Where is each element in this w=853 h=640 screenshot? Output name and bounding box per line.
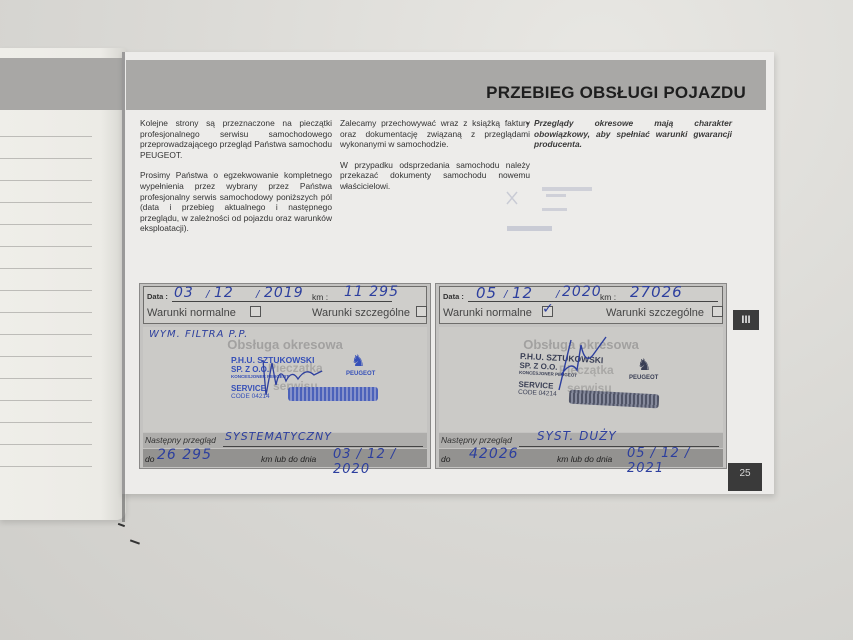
date-label: Data : xyxy=(443,292,464,301)
writing-line xyxy=(0,158,92,159)
date-label: Data : xyxy=(147,292,168,301)
km-value[interactable]: 27026 xyxy=(630,283,683,301)
writing-line xyxy=(0,312,92,313)
writing-line xyxy=(0,136,92,137)
date-day[interactable]: 05 xyxy=(476,284,497,302)
date-separator: / xyxy=(556,289,560,300)
warranty-note: Przeglądy okresowe mają charakter obowią… xyxy=(534,118,732,150)
writing-line xyxy=(0,224,92,225)
writing-line xyxy=(0,422,92,423)
km-label: km : xyxy=(600,292,616,302)
peugeot-lion-icon: ♞ xyxy=(351,351,365,371)
writing-line xyxy=(0,378,92,379)
page-title: PRZEBIEG OBSŁUGI POJAZDU xyxy=(486,83,746,103)
date-month[interactable]: 12 xyxy=(214,285,234,301)
special-conditions-checkbox[interactable] xyxy=(416,306,427,317)
service-entry-header: Data : 03 / 12 / 2019 km : 11 295 Warunk… xyxy=(143,286,427,324)
date-month[interactable]: 12 xyxy=(512,284,533,302)
next-km-row: do 26 295 km lub do dnia 03 / 12 / 2020 xyxy=(143,449,427,467)
intro-paragraph: Kolejne strony są przeznaczone na pieczą… xyxy=(140,118,332,160)
chapter-tab: III xyxy=(733,310,759,330)
signature xyxy=(258,355,328,405)
km-or-until-label: km lub do dnia xyxy=(557,454,612,464)
date-year[interactable]: 2019 xyxy=(264,285,304,301)
check-mark-icon: ✓ xyxy=(542,301,554,317)
special-conditions-checkbox[interactable] xyxy=(712,306,723,317)
next-service-type[interactable]: SYSTEMATYCZNY xyxy=(225,430,332,443)
service-entry-2: Data : 05 / 12 / 2020 km : 27026 Warunki… xyxy=(435,283,727,469)
writing-line xyxy=(0,268,92,269)
special-conditions-label: Warunki szczególne xyxy=(606,307,704,319)
next-km-row: do 42026 km lub do dnia 05 / 12 / 2021 xyxy=(439,449,723,467)
next-km-value[interactable]: 26 295 xyxy=(157,447,212,463)
stamp-brand: PEUGEOT xyxy=(346,371,375,377)
intro-column-1: Kolejne strony są przeznaczone na pieczą… xyxy=(140,118,332,244)
intro-paragraph: Prosimy Państwa o egzekwowanie kompletne… xyxy=(140,170,332,234)
writing-line xyxy=(0,444,92,445)
next-date-value[interactable]: 05 / 12 / 2021 xyxy=(627,446,723,476)
writing-line xyxy=(0,290,92,291)
date-separator: / xyxy=(206,289,210,300)
date-underline xyxy=(468,301,718,302)
left-page-header-band xyxy=(0,58,123,110)
stamp-area: Obsługa okresowa Pieczątka serwisu P.H.U… xyxy=(439,327,723,432)
date-underline xyxy=(172,301,392,302)
stamp-area: WYM. FILTRA P.P. Obsługa okresowa Pieczą… xyxy=(143,327,427,432)
writing-line xyxy=(0,202,92,203)
next-km-value[interactable]: 42026 xyxy=(469,446,519,462)
km-or-until-label: km lub do dnia xyxy=(261,454,316,464)
km-value[interactable]: 11 295 xyxy=(344,284,399,300)
writing-line xyxy=(0,356,92,357)
book-spine xyxy=(122,52,125,522)
next-service-row: Następny przegląd SYSTEMATYCZNY xyxy=(143,433,427,448)
normal-conditions-label: Warunki normalne xyxy=(443,307,532,319)
normal-conditions-checkbox[interactable] xyxy=(250,306,261,317)
km-label: km : xyxy=(312,292,328,302)
next-service-type[interactable]: SYST. DUŻY xyxy=(537,429,617,443)
writing-line xyxy=(0,400,92,401)
date-separator: / xyxy=(504,289,508,300)
next-date-value[interactable]: 03 / 12 / 2020 xyxy=(333,447,427,477)
next-service-label: Następny przegląd xyxy=(441,435,512,445)
writing-line xyxy=(0,466,92,467)
signature xyxy=(551,335,611,395)
date-day[interactable]: 03 xyxy=(174,285,194,301)
writing-line xyxy=(0,180,92,181)
to-label: do xyxy=(441,454,450,464)
intro-column-3: • Przeglądy okresowe mają charakter obow… xyxy=(534,118,732,160)
bullet-icon: • xyxy=(526,118,529,129)
watermark-title: Obsługa okresowa xyxy=(143,337,427,352)
date-year[interactable]: 2020 xyxy=(562,284,602,300)
service-entry-1: Data : 03 / 12 / 2019 km : 11 295 Warunk… xyxy=(139,283,431,469)
writing-line xyxy=(0,246,92,247)
service-entry-header: Data : 05 / 12 / 2020 km : 27026 Warunki… xyxy=(439,286,723,324)
to-label: do xyxy=(145,454,154,464)
writing-line xyxy=(0,334,92,335)
peugeot-lion-icon: ♞ xyxy=(637,355,651,375)
date-separator: / xyxy=(256,289,260,300)
stamp-brand: PEUGEOT xyxy=(629,375,658,381)
special-conditions-label: Warunki szczególne xyxy=(312,307,410,319)
normal-conditions-checkbox[interactable]: ✓ xyxy=(542,306,553,317)
left-page xyxy=(0,48,126,520)
next-service-label: Następny przegląd xyxy=(145,435,216,445)
normal-conditions-label: Warunki normalne xyxy=(147,307,236,319)
page-number: 25 xyxy=(728,463,762,491)
intro-paragraph: Zalecamy przechowywać wraz z książką fak… xyxy=(340,118,530,150)
faint-stamp-imprint xyxy=(502,182,612,242)
